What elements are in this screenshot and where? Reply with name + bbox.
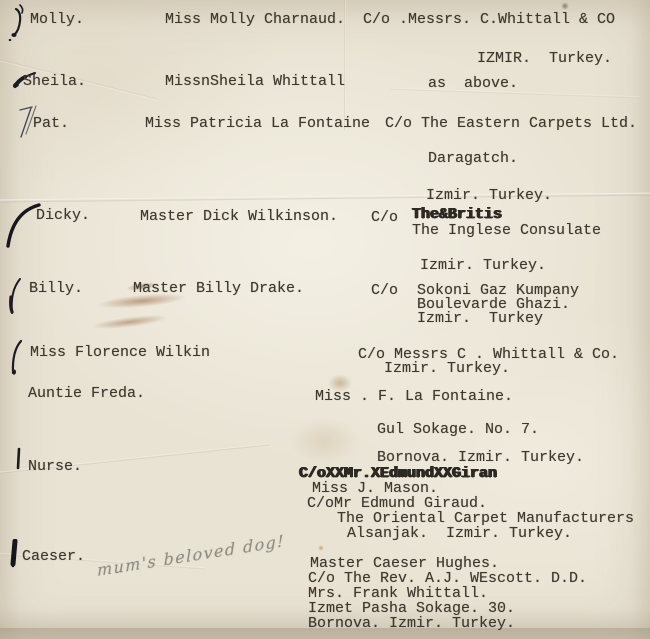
struck-out-text: The&Britis — [412, 207, 502, 222]
paper-stain — [290, 418, 360, 464]
address-line: Daragatch. — [428, 151, 518, 166]
billy-ink-mark — [7, 277, 25, 317]
recipient-name: Master Billy Drake. — [133, 281, 304, 296]
ink-smudge — [92, 312, 169, 331]
address-line: Gul Sokage. No. 7. — [377, 422, 539, 437]
address-line: C/o .Messrs. C.Whittall & CO — [363, 12, 615, 27]
address-line: C/o The Rev. A.J. WEscott. D.D. — [308, 571, 587, 586]
recipient-name: Miss Patricia La Fontaine — [145, 116, 370, 131]
florence-ink-mark — [9, 339, 25, 377]
scanned-document: Molly. Miss Molly Charnaud. C/o .Messrs.… — [0, 0, 650, 639]
address-line: Bornova. Izmir. Turkey. — [308, 616, 515, 631]
horizontal-fold-crease — [0, 193, 650, 203]
paper-speck — [561, 2, 569, 10]
entry-label: Nurse. — [28, 459, 82, 474]
entry-label: Auntie Freda. — [28, 386, 145, 401]
address-line: Master Caeser Hughes. — [310, 556, 499, 571]
molly-ink-mark — [6, 3, 30, 45]
address-line: Mrs. Frank Whittall. — [308, 586, 488, 601]
paper-speck — [318, 545, 324, 551]
address-line: C/oMr Edmund Giraud. — [307, 496, 487, 511]
entry-label: Pat. — [33, 116, 69, 131]
entry-label: Caeser. — [22, 549, 85, 564]
address-line: Izmir. Turkey. — [384, 361, 510, 376]
address-line: Izmir. Turkey. — [420, 258, 546, 273]
address-line: IZMIR. Turkey. — [477, 51, 612, 66]
entry-label: Sheila. — [23, 74, 86, 89]
entry-label: Miss Florence Wilkin — [30, 345, 210, 360]
entry-label: Billy. — [29, 281, 83, 296]
recipient-name: Miss . F. La Fontaine. — [315, 389, 513, 404]
address-line: Miss J. Mason. — [312, 481, 438, 496]
nurse-ink-mark — [15, 447, 25, 471]
address-line: as above. — [428, 76, 518, 91]
address-line: Izmir. Turkey. — [426, 188, 552, 203]
recipient-name: Master Dick Wilkinson. — [140, 209, 338, 224]
caeser-ink-mark — [9, 539, 21, 569]
address-line: Izmet Pasha Sokage. 30. — [308, 601, 515, 616]
care-of-label: C/o — [371, 283, 398, 298]
care-of-label: C/o — [371, 210, 398, 225]
recipient-name: MissnSheila Whittall — [165, 74, 345, 89]
entry-label: Dicky. — [36, 208, 90, 223]
entry-label: Molly. — [30, 12, 84, 27]
struck-out-text: C/oXXMr.XEdmundXXGiran — [299, 466, 497, 481]
recipient-name: Miss Molly Charnaud. — [165, 12, 345, 27]
pencil-annotation: mum's beloved dog! — [97, 531, 285, 580]
address-line: The Oriental Carpet Manufacturers — [337, 511, 634, 526]
address-line: C/o The Eastern Carpets Ltd. — [385, 116, 637, 131]
address-line: The Inglese Consulate — [412, 223, 601, 238]
address-line: Izmir. Turkey — [417, 311, 543, 326]
address-line: Alsanjak. Izmir. Turkey. — [347, 526, 572, 541]
address-line: Bornova. Izmir. Turkey. — [377, 450, 584, 465]
